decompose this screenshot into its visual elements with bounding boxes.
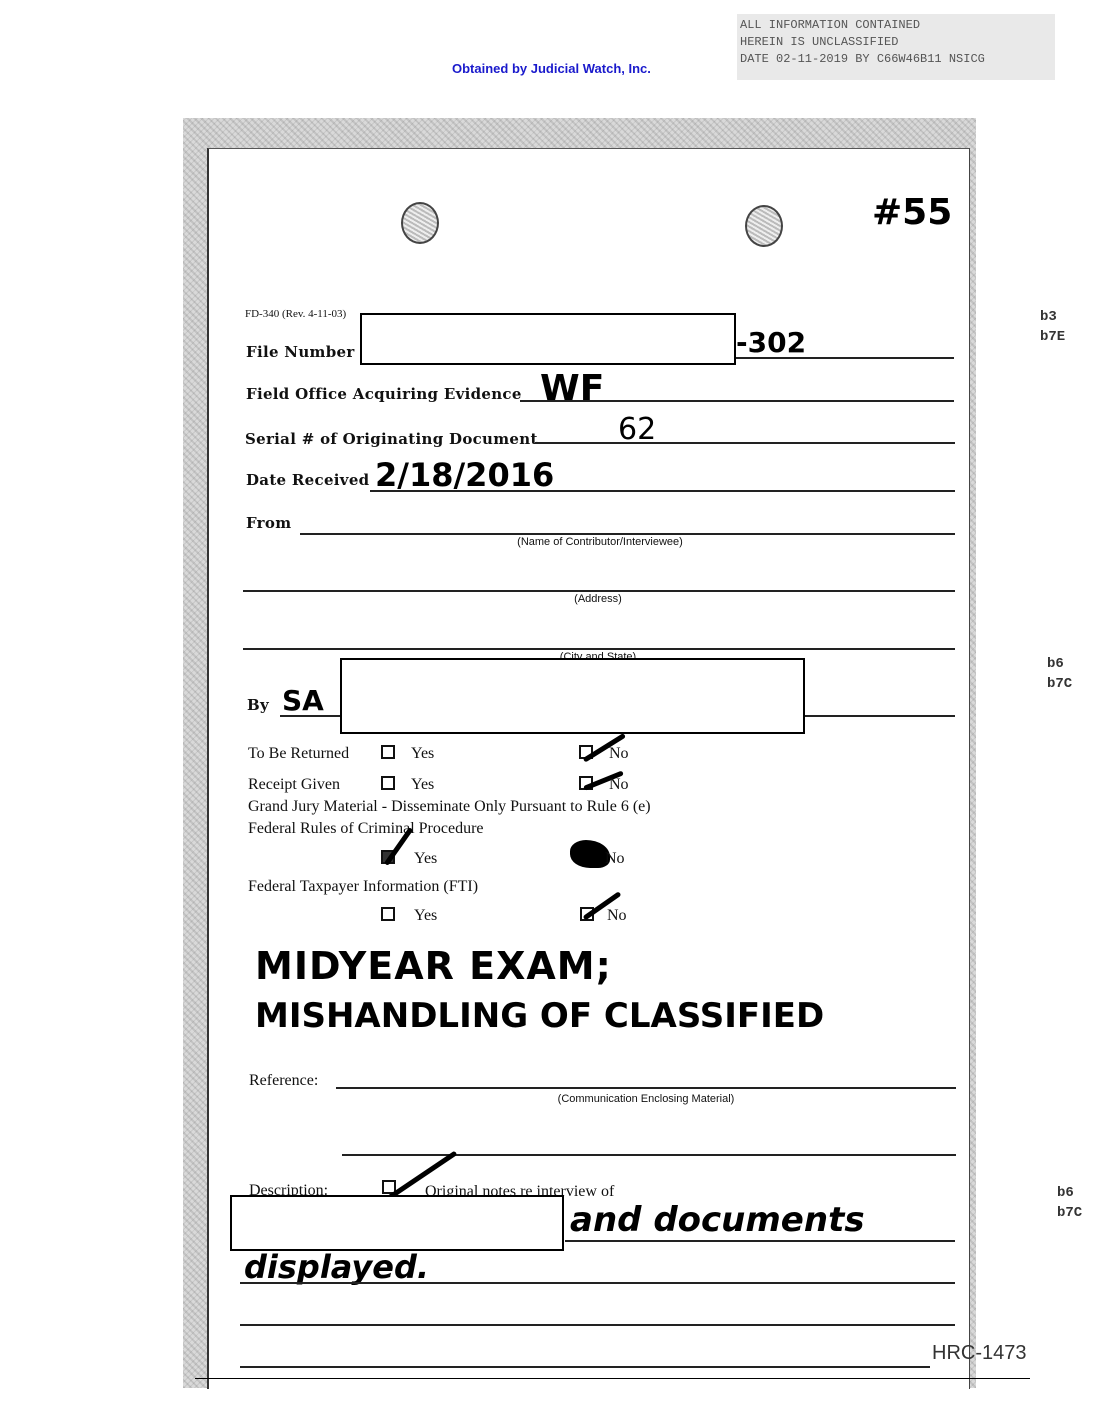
field-office-value: WF [540,368,604,409]
punch-hole-icon [401,202,439,244]
punch-hole-icon [745,205,783,247]
file-number-suffix: -302 [736,326,806,359]
to-be-returned-yes-checkbox[interactable] [381,745,395,759]
from-line [300,533,955,535]
watermark-text: Obtained by Judicial Watch, Inc. [452,61,651,76]
by-label: By [247,696,269,714]
from-caption: (Name of Contributor/Interviewee) [300,536,900,548]
exemption-code: b7C [1057,1203,1082,1223]
yes-label: Yes [414,850,437,868]
by-value: SA [282,684,324,717]
bates-number: HRC-1473 [932,1342,1026,1365]
item-number: #55 [872,192,952,233]
reference-line-2 [342,1154,956,1156]
judicial-watch-watermark: Obtained by Judicial Watch, Inc. [452,60,651,78]
file-number-line [736,357,954,359]
exemption-code: b6 [1057,1183,1082,1203]
stamp-line: HEREIN IS UNCLASSIFIED [740,34,1055,51]
no-label: No [609,776,629,794]
receipt-given-label: Receipt Given [248,776,340,794]
no-label: No [609,745,629,763]
field-office-label: Field Office Acquiring Evidence [246,385,522,403]
description-line-3 [240,1324,955,1326]
receipt-given-yes-checkbox[interactable] [381,776,395,790]
description-handwritten-1: and documents [570,1200,865,1240]
file-number-label: File Number [246,343,355,361]
yes-label: Yes [414,907,437,925]
serial-label: Serial # of Originating Document [245,430,538,448]
exemption-code: b7C [1047,674,1072,694]
handwritten-title-line2: MISHANDLING OF CLASSIFIED [255,996,824,1036]
reference-label: Reference: [249,1072,318,1090]
fti-label: Federal Taxpayer Information (FTI) [248,878,478,896]
date-received-value: 2/18/2016 [375,456,554,494]
exemption-code: b3 [1040,307,1065,327]
stamp-line: DATE 02-11-2019 BY C66W46B11 NSICG [740,51,1055,68]
date-received-line [370,490,955,492]
declassification-stamp: ALL INFORMATION CONTAINED HEREIN IS UNCL… [737,14,1055,80]
reference-line [336,1087,956,1089]
grand-jury-label: Grand Jury Material - Disseminate Only P… [248,798,651,816]
exemption-code: b7E [1040,327,1065,347]
no-label: No [607,907,627,925]
to-be-returned-label: To Be Returned [248,745,349,763]
redaction-box [230,1195,564,1251]
criminal-procedure-label: Federal Rules of Criminal Procedure [248,820,484,838]
no-label: No [605,850,625,868]
date-received-label: Date Received [246,471,369,489]
address-caption: (Address) [243,593,953,605]
redaction-box [340,658,805,734]
bottom-rule [195,1378,1030,1379]
description-line-4 [240,1366,930,1368]
exemption-codes: b3 b7E [1040,307,1065,347]
field-office-line [520,400,954,402]
handwritten-title-line1: MIDYEAR EXAM; [255,944,612,988]
from-label: From [246,514,291,532]
city-state-line [243,648,955,650]
exemption-codes: b6 b7C [1057,1183,1082,1223]
stamp-line: ALL INFORMATION CONTAINED [740,17,1055,34]
reference-caption: (Communication Enclosing Material) [336,1093,956,1105]
exemption-code: b6 [1047,654,1072,674]
description-line-2 [240,1282,955,1284]
address-line [243,590,955,592]
yes-label: Yes [411,745,434,763]
serial-line [535,442,955,444]
fti-yes-checkbox[interactable] [381,907,395,921]
description-line-1 [565,1240,955,1242]
yes-label: Yes [411,776,434,794]
description-handwritten-2: displayed. [244,1248,429,1286]
redaction-box [360,313,736,365]
exemption-codes: b6 b7C [1047,654,1072,694]
form-id: FD-340 (Rev. 4-11-03) [245,308,346,320]
